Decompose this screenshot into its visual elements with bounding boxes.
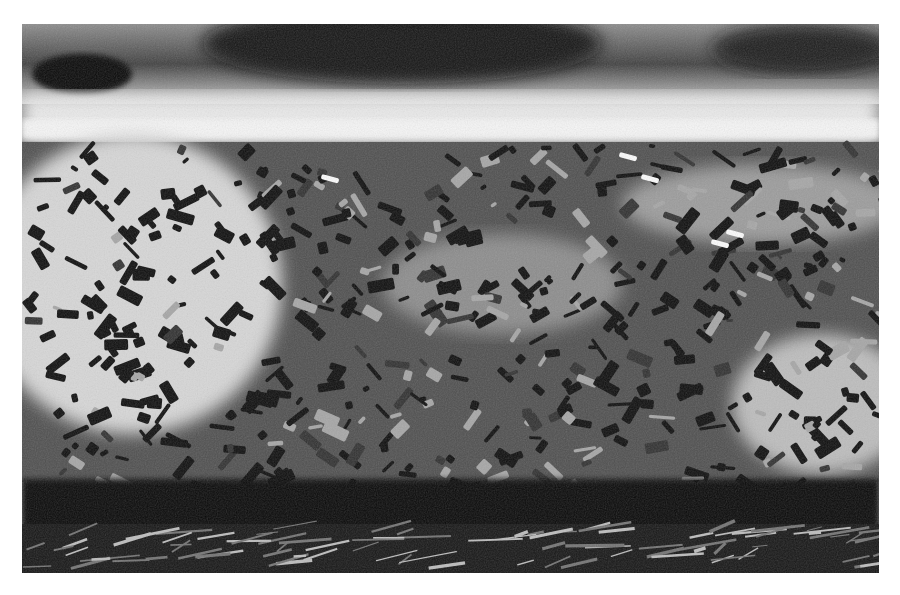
photograph bbox=[22, 24, 879, 573]
debris-field-image bbox=[22, 24, 879, 573]
